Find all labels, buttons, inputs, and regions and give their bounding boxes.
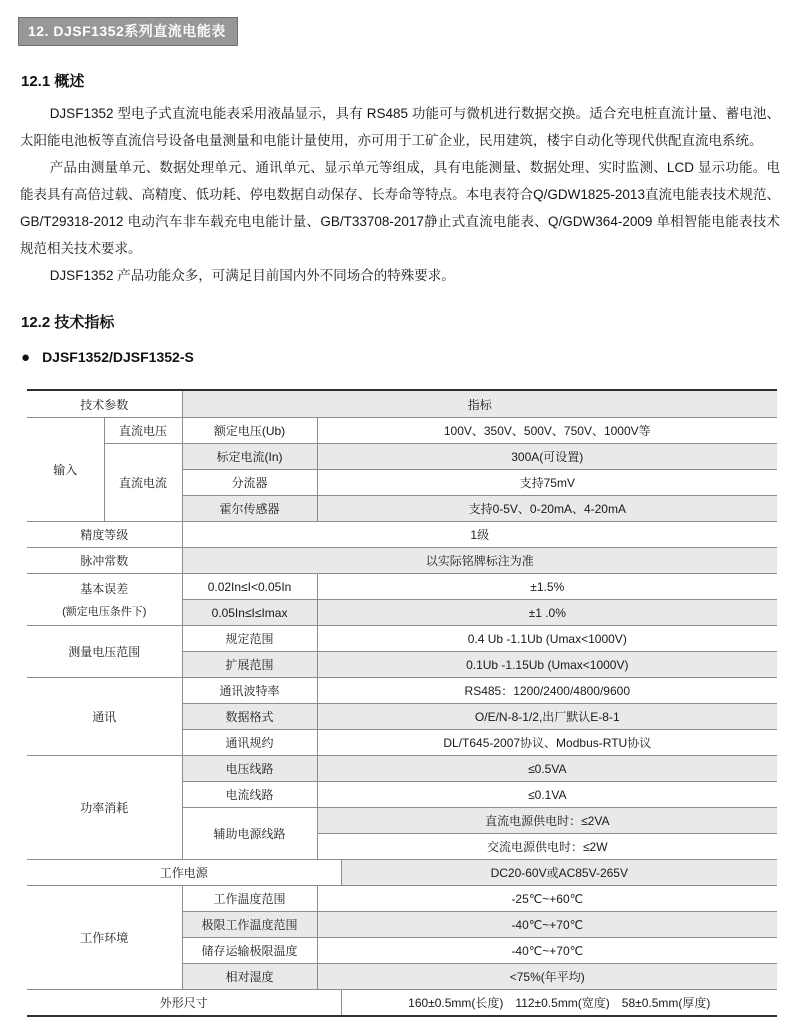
- cell-error-range2-label: 0.05In≤I≤Imax: [182, 600, 317, 626]
- cell-dc-current: 直流电流: [104, 444, 182, 522]
- model-bullet-line: ● DJSF1352/DJSF1352-S: [21, 349, 780, 365]
- cell-storage-temp-value: -40℃~+70℃: [317, 938, 777, 964]
- cell-shunt-label: 分流器: [182, 470, 317, 496]
- cell-basic-error-label: 基本误差 (额定电压条件下): [27, 574, 182, 626]
- section-heading-overview: 12.1 概述: [21, 70, 780, 91]
- cell-protocol-label: 通讯规约: [182, 730, 317, 756]
- overview-paragraph-3: DJSF1352 产品功能众多，可满足目前国内外不同场合的特殊要求。: [20, 262, 780, 289]
- cell-baud-value: RS485：1200/2400/4800/9600: [317, 678, 777, 704]
- cell-error-range1-label: 0.02In≤I<0.05In: [182, 574, 317, 600]
- spec-table: 技术参数 指标 输入 直流电压 额定电压(Ub) 100V、350V、500V、…: [27, 389, 777, 1017]
- cell-aux-ac-value: 交流电源供电时：≤2W: [317, 834, 777, 860]
- cell-voltage-range-group: 测量电压范围: [27, 626, 182, 678]
- chapter-title-bar: 12. DJSF1352系列直流电能表: [18, 17, 238, 46]
- cell-limit-temp-label: 极限工作温度范围: [182, 912, 317, 938]
- table-row: 通讯 通讯波特率 RS485：1200/2400/4800/9600: [27, 678, 777, 704]
- document-page: 12. DJSF1352系列直流电能表 12.1 概述 DJSF1352 型电子…: [0, 0, 800, 1017]
- basic-error-line1: 基本误差: [29, 578, 180, 601]
- cell-dimensions-label: 外形尺寸: [27, 990, 341, 1017]
- cell-op-temp-label: 工作温度范围: [182, 886, 317, 912]
- section-heading-specs: 12.2 技术指标: [21, 311, 780, 332]
- cell-extended-range-label: 扩展范围: [182, 652, 317, 678]
- cell-environment-group: 工作环境: [27, 886, 182, 990]
- table-row: 精度等级 1级: [27, 522, 777, 548]
- table-row: 脉冲常数 以实际铭牌标注为准: [27, 548, 777, 574]
- table-row: 外形尺寸 160±0.5mm(长度) 112±0.5mm(宽度) 58±0.5m…: [27, 990, 777, 1017]
- table-row: 工作电源 DC20-60V或AC85V-265V: [27, 860, 777, 886]
- table-row: 测量电压范围 规定范围 0.4 Ub -1.1Ub (Umax<1000V): [27, 626, 777, 652]
- cell-extended-range-value: 0.1Ub -1.15Ub (Umax<1000V): [317, 652, 777, 678]
- cell-shunt-value: 支持75mV: [317, 470, 777, 496]
- cell-op-temp-value: -25℃~+60℃: [317, 886, 777, 912]
- cell-rated-voltage-value: 100V、350V、500V、750V、1000V等: [317, 418, 777, 444]
- basic-error-line2: (额定电压条件下): [29, 601, 180, 624]
- cell-aux-supply-label: 辅助电源线路: [182, 808, 317, 860]
- overview-paragraph-2: 产品由测量单元、数据处理单元、通讯单元、显示单元等组成，具有电能测量、数据处理、…: [20, 154, 780, 262]
- cell-error-range1-value: ±1.5%: [317, 574, 777, 600]
- cell-voltage-circuit-value: ≤0.5VA: [317, 756, 777, 782]
- header-value-cell: 指标: [182, 390, 777, 418]
- table-row: 基本误差 (额定电压条件下) 0.02In≤I<0.05In ±1.5%: [27, 574, 777, 600]
- cell-working-power-value: DC20-60V或AC85V-265V: [341, 860, 777, 886]
- cell-data-format-label: 数据格式: [182, 704, 317, 730]
- cell-working-power-label: 工作电源: [27, 860, 341, 886]
- model-label: DJSF1352/DJSF1352-S: [42, 349, 194, 365]
- cell-aux-dc-value: 直流电源供电时：≤2VA: [317, 808, 777, 834]
- cell-hall-value: 支持0-5V、0-20mA、4-20mA: [317, 496, 777, 522]
- header-param-cell: 技术参数: [27, 390, 182, 418]
- cell-humidity-label: 相对湿度: [182, 964, 317, 990]
- cell-protocol-value: DL/T645-2007协议、Modbus-RTU协议: [317, 730, 777, 756]
- cell-hall-label: 霍尔传感器: [182, 496, 317, 522]
- cell-accuracy-label: 精度等级: [27, 522, 182, 548]
- bullet-circle-icon: ●: [21, 350, 30, 365]
- cell-communication-group: 通讯: [27, 678, 182, 756]
- cell-rated-current-value: 300A(可设置): [317, 444, 777, 470]
- overview-paragraph-1: DJSF1352 型电子式直流电能表采用液晶显示，具有 RS485 功能可与微机…: [20, 100, 780, 154]
- cell-dc-voltage: 直流电压: [104, 418, 182, 444]
- cell-pulse-value: 以实际铭牌标注为准: [182, 548, 777, 574]
- cell-current-circuit-label: 电流线路: [182, 782, 317, 808]
- cell-accuracy-value: 1级: [182, 522, 777, 548]
- cell-rated-current-label: 标定电流(In): [182, 444, 317, 470]
- cell-specified-range-label: 规定范围: [182, 626, 317, 652]
- table-row: 工作环境 工作温度范围 -25℃~+60℃: [27, 886, 777, 912]
- cell-current-circuit-value: ≤0.1VA: [317, 782, 777, 808]
- cell-humidity-value: <75%(年平均): [317, 964, 777, 990]
- table-row: 技术参数 指标: [27, 390, 777, 418]
- table-row: 直流电流 标定电流(In) 300A(可设置): [27, 444, 777, 470]
- cell-error-range2-value: ±1 .0%: [317, 600, 777, 626]
- cell-dimensions-value: 160±0.5mm(长度) 112±0.5mm(宽度) 58±0.5mm(厚度): [341, 990, 777, 1017]
- cell-voltage-circuit-label: 电压线路: [182, 756, 317, 782]
- cell-rated-voltage-label: 额定电压(Ub): [182, 418, 317, 444]
- cell-power-consumption-group: 功率消耗: [27, 756, 182, 860]
- table-row: 功率消耗 电压线路 ≤0.5VA: [27, 756, 777, 782]
- cell-input-group: 输入: [27, 418, 104, 522]
- cell-data-format-value: O/E/N-8-1/2,出厂默认E-8-1: [317, 704, 777, 730]
- cell-baud-label: 通讯波特率: [182, 678, 317, 704]
- cell-limit-temp-value: -40℃~+70℃: [317, 912, 777, 938]
- cell-specified-range-value: 0.4 Ub -1.1Ub (Umax<1000V): [317, 626, 777, 652]
- cell-pulse-label: 脉冲常数: [27, 548, 182, 574]
- cell-storage-temp-label: 储存运输极限温度: [182, 938, 317, 964]
- table-row: 输入 直流电压 额定电压(Ub) 100V、350V、500V、750V、100…: [27, 418, 777, 444]
